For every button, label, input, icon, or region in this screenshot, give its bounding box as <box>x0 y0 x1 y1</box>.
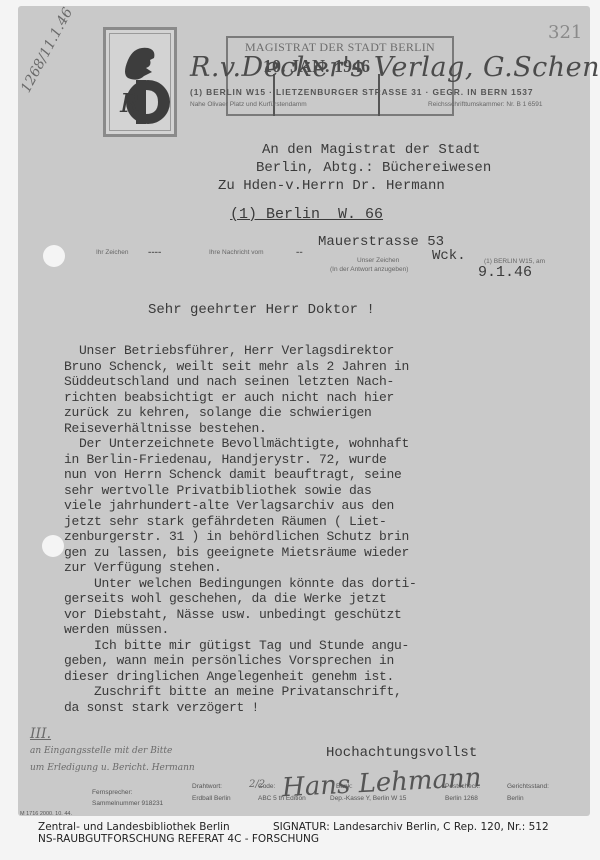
letter-date: 9.1.46 <box>478 264 532 281</box>
body-line: zur Verfügung stehen. <box>64 560 417 576</box>
caption-project: NS-RAUBGUTFORSCHUNG REFERAT 4C - FORSCHU… <box>38 833 319 845</box>
body-line: werden müssen. <box>64 622 417 638</box>
punch-hole-bottom <box>42 535 64 557</box>
footer-drahtwort-value: Erdball Berlin <box>192 795 231 802</box>
body-line: zenburgerstr. 31 ) in behördlichen Schut… <box>64 529 417 545</box>
location-note: Nahe Olivaer Platz und Kurfürstendamm <box>190 101 307 108</box>
recipient-line-4: (1) Berlin W. 66 <box>230 206 383 223</box>
body-line: Ich bitte mir gütigst Tag und Stunde ang… <box>64 638 417 654</box>
letter-body: Unser Betriebsführer, Herr Verlagsdirekt… <box>64 343 417 715</box>
svg-text:R: R <box>119 89 140 119</box>
archive-number: 321 <box>548 22 582 43</box>
recipient-line-3: Zu Hden-v.Herrn Dr. Hermann <box>218 178 445 194</box>
body-line: geben, wann mein persönliches Vorspreche… <box>64 653 417 669</box>
body-line: Bruno Schenck, weilt seit mehr als 2 Jah… <box>64 359 417 375</box>
body-line: in Berlin-Friedenau, Handjerystr. 72, wu… <box>64 452 417 468</box>
ihre-nachricht-label: Ihre Nachricht vom <box>209 249 264 256</box>
footer-drahtwort-label: Drahtwort: <box>192 783 222 790</box>
publisher-name: R.v.Decker's Verlag, G.Schenck <box>190 52 600 83</box>
ihr-zeichen-value: ---- <box>148 247 161 258</box>
annotation-line-2: um Erledigung u. Bericht. Hermann <box>30 763 195 773</box>
body-line: nun von Herrn Schenck damit beauftragt, … <box>64 467 417 483</box>
body-line: Unser Betriebsführer, Herr Verlagsdirekt… <box>64 343 417 359</box>
recipient-line-5: Mauerstrasse 53 <box>318 234 444 250</box>
footer-code-value: ABC 5 th Edition <box>258 795 306 802</box>
chamber-number: Reichsschrifttumskammer: Nr. B 1 6591 <box>428 101 543 108</box>
footer-bank-value: Dep.-Kasse Y, Berlin W 15 <box>330 795 406 802</box>
body-line: Reiseverhältnisse bestehen. <box>64 421 417 437</box>
publisher-address: (1) BERLIN W15 · LIETZENBURGER STRASSE 3… <box>190 87 533 97</box>
body-line: jetzt sehr stark gefährdeten Räumen ( Li… <box>64 514 417 530</box>
lion-rd-monogram-icon: R <box>106 30 174 134</box>
unser-zeichen-value: Wck. <box>432 248 466 264</box>
footer-gerichtsstand-value: Berlin <box>507 795 524 802</box>
ihre-nachricht-value: -- <box>296 247 303 258</box>
footer-postscheck-label: Postscheck: <box>445 783 480 790</box>
body-line: gen zu lassen, bis geeignete Mietsräume … <box>64 545 417 561</box>
punch-hole-top <box>43 245 65 267</box>
body-line: richten beabsichtigt er auch nicht nach … <box>64 390 417 406</box>
body-line: vor Diebstaht, Nässe usw. unbedingt gesc… <box>64 607 417 623</box>
unser-zeichen-note: (In der Antwort anzugeben) <box>330 266 408 273</box>
footer-postscheck-value: Berlin 1268 <box>445 795 478 802</box>
salutation: Sehr geehrter Herr Doktor ! <box>148 302 375 318</box>
footer-code-label: Code: <box>258 783 275 790</box>
recipient-line-1: An den Magistrat der Stadt <box>262 142 480 158</box>
footer-bank-label: Bank: <box>336 783 353 790</box>
footer-fernsprecher-label: Fernsprecher: <box>92 789 132 796</box>
footer-fernsprecher-value: Sammelnummer 918231 <box>92 800 163 807</box>
body-line: viele jahrhundert-alte Verlagsarchiv aus… <box>64 498 417 514</box>
publisher-logo: R <box>103 27 177 137</box>
body-line: sehr wertvolle Privatbibliothek sowie da… <box>64 483 417 499</box>
body-line: zurück zu kehren, solange die schwierige… <box>64 405 417 421</box>
closing: Hochachtungsvollst <box>326 745 477 761</box>
annotation-mark: III. <box>30 726 51 742</box>
footer-gerichtsstand-label: Gerichtsstand: <box>507 783 549 790</box>
body-line: Unter welchen Bedingungen könnte das dor… <box>64 576 417 592</box>
body-line: dieser dringlichen Angelegenheit genehm … <box>64 669 417 685</box>
caption-library: Zentral- und Landesbibliothek Berlin <box>38 821 230 833</box>
body-line: Zuschrift bitte an meine Privatanschrift… <box>64 684 417 700</box>
body-line: gerseits wohl geschehen, da die Werke je… <box>64 591 417 607</box>
caption-signatur: SIGNATUR: Landesarchiv Berlin, C Rep. 12… <box>273 821 549 833</box>
unser-zeichen-label: Unser Zeichen <box>357 257 399 264</box>
body-line: Süddeutschland und nach seinen letzten N… <box>64 374 417 390</box>
form-number: M 1716 2000. 10. 44. <box>20 811 72 817</box>
body-line: Der Unterzeichnete Bevollmächtigte, wohn… <box>64 436 417 452</box>
recipient-line-2: Berlin, Abtg.: Büchereiwesen <box>256 160 491 176</box>
ihr-zeichen-label: Ihr Zeichen <box>96 249 129 256</box>
annotation-line-1: an Eingangsstelle mit der Bitte <box>30 746 172 756</box>
body-line: da sonst stark verzögert ! <box>64 700 417 716</box>
